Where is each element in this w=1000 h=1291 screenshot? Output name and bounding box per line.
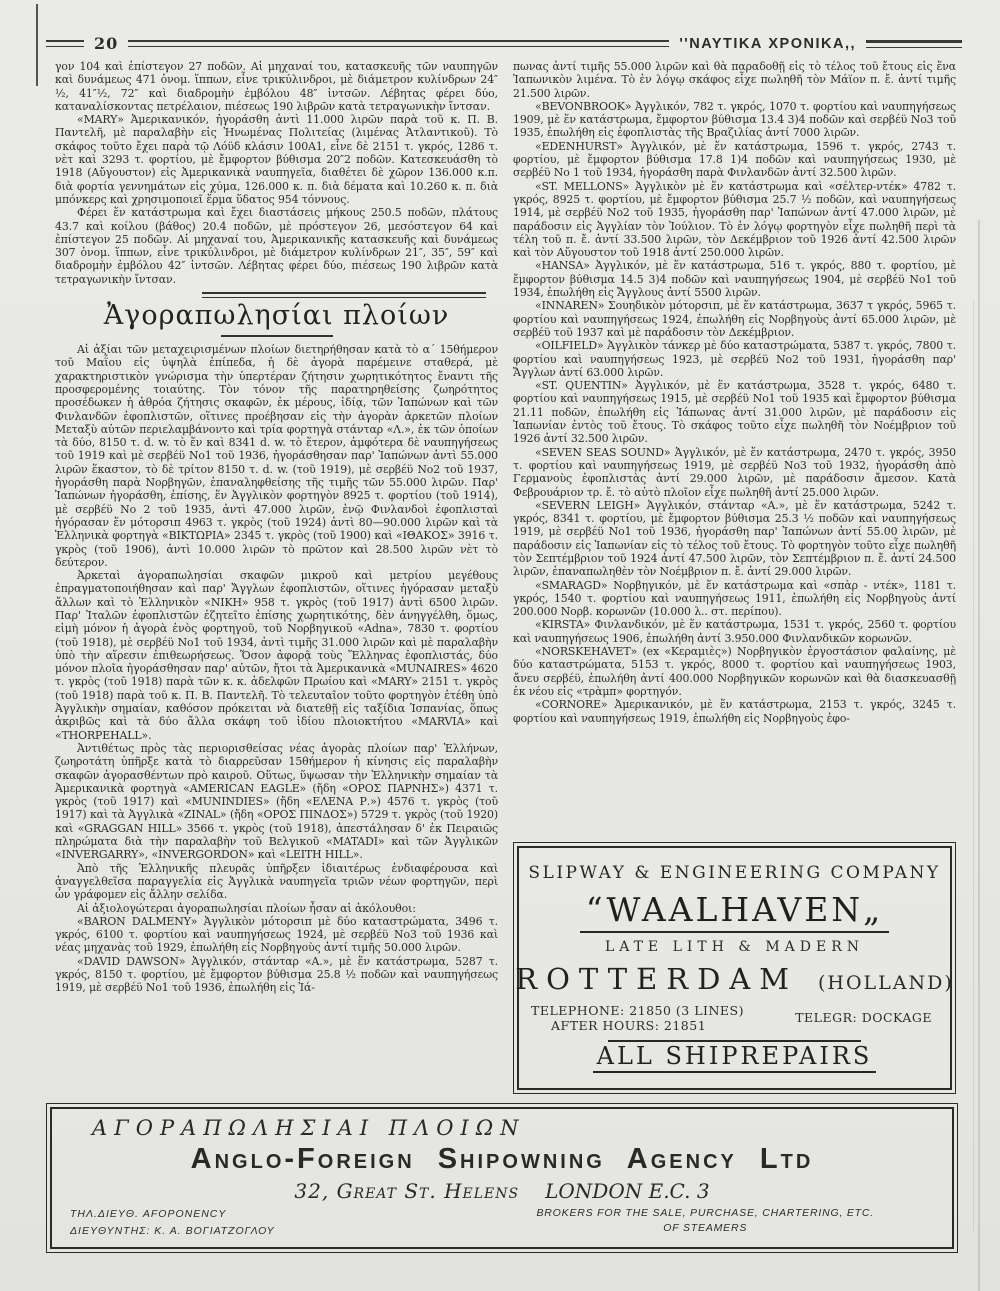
magazine-page: 20 ''ΝΑΥΤΙΚΑ ΧΡΟΝΙΚΑ,, γον 104 καὶ ἐπίστ… (0, 0, 1000, 1291)
paragraph: «MARY» Ἀμερικανικόν, ἠγοράσθη ἀντὶ 11.00… (55, 113, 498, 206)
ad-telegraph: TELEGR: DOCKAGE (795, 1010, 938, 1025)
paragraph: «INNAREN» Σουηδικὸν μότορσιπ, μὲ ἕν κατά… (513, 299, 956, 339)
ad-footer: ALL SHIPREPAIRS (593, 1042, 877, 1073)
ad-country: (HOLLAND) (818, 972, 954, 994)
headline-rule-above (202, 292, 486, 298)
paragraph: «BEVONBROOK» Ἀγγλικόν, 782 τ. γκρός, 107… (513, 100, 956, 140)
paragraph: «SEVERN LEIGH» Ἀγγλικόν, στάνταρ «Α.», μ… (513, 499, 956, 579)
page-header: 20 ''ΝΑΥΤΙΚΑ ΧΡΟΝΙΚΑ,, (46, 34, 962, 53)
paragraph: Αἱ ἀξιολογώτεραι ἀγοραπωλησίαι πλοίων ἦσ… (55, 902, 498, 915)
agency-footer-row: ΤΗΛ.ΔΙΕΥΘ. AFOPONENCY ΔΙΕΥΘΥΝΤΗΣ: Κ. Α. … (70, 1206, 934, 1240)
paragraph: «DAVID DAWSON» Ἀγγλικόν, στάνταρ «Α.», μ… (55, 955, 498, 995)
right-column-text: πωνας ἀντί τιμῆς 55.000 λιρῶν καὶ θὰ παρ… (513, 60, 956, 830)
paragraph: «SEVEN SEAS SOUND» Ἀγγλικόν, μὲ ἕν κατάσ… (513, 446, 956, 499)
scan-fold-line (978, 220, 980, 1291)
agency-name: Anglo-Foreign Shipowning Agency Ltd (70, 1143, 934, 1176)
agency-telegraph-address: ΤΗΛ.ΔΙΕΥΘ. AFOPONENCY (70, 1206, 275, 1223)
waalhaven-ad: SLIPWAY & ENGINEERING COMPANY “WAALHAVEN… (513, 842, 956, 1094)
paragraph: «NORSKEHAVET» (ex «Κεραμιὲς») Νορβηγικὸν… (513, 645, 956, 698)
agency-brokers-line1: BROKERS FOR THE SALE, PURCHASE, CHARTERI… (536, 1206, 874, 1221)
masthead-title: ''ΝΑΥΤΙΚΑ ΧΡΟΝΙΚΑ,, (679, 36, 856, 52)
ad-subtitle: LATE LITH & MADERN (605, 939, 864, 955)
agency-address: 32, Great St. Helens LONDON E.C. 3 (70, 1179, 934, 1203)
agency-heading-greek: ΑΓΟΡΑΠΩΛΗΣΙΑΙ ΠΛΟΙΩΝ (92, 1116, 934, 1140)
paragraph: «OILFIELD» Ἀγγλικὸν τάνκερ μὲ δύο καταστ… (513, 339, 956, 379)
left-column: γον 104 καὶ ἐπίστεγον 27 ποδῶν. Αἱ μηχαν… (55, 60, 498, 1101)
paragraph: Ἀπὸ τῆς Ἑλληνικῆς πλευρᾶς ὑπῆρξεν ἰδιαιτ… (55, 862, 498, 902)
agency-address-city: LONDON E.C. 3 (545, 1179, 709, 1203)
agency-director: ΔΙΕΥΘΥΝΤΗΣ: Κ. Α. ΒΟΓΙΑΤΖΟΓΛΟΥ (70, 1223, 275, 1240)
page-number: 20 (94, 34, 118, 53)
ad-city: ROTTERDAM (515, 962, 798, 996)
paragraph: «KIRSTA» Φινλανδικόν, μὲ ἕν κατάστρωμα, … (513, 618, 956, 645)
header-rule-left (46, 40, 84, 47)
ad-phone-block: TELEPHONE: 21850 (3 LINES) AFTER HOURS: … (531, 1003, 744, 1033)
ad-contact-row: TELEPHONE: 21850 (3 LINES) AFTER HOURS: … (531, 1003, 938, 1033)
article-headline: Ἀγοραπωλησίαι πλοίων (55, 301, 498, 331)
scan-fold-line-2 (973, 300, 974, 1231)
ad-telephone: TELEPHONE: 21850 (3 LINES) (531, 1003, 744, 1018)
paragraph: «ST. MELLONS» Ἀγγλικὸν μὲ ἕν κατάστρωμα … (513, 180, 956, 260)
agency-ad-frame: ΑΓΟΡΑΠΩΛΗΣΙΑΙ ΠΛΟΙΩΝ Anglo-Foreign Shipo… (50, 1107, 954, 1249)
ad-city-row: ROTTERDAM (HOLLAND) (515, 962, 954, 996)
header-rule-right (866, 40, 962, 48)
paragraph: «CORNORE» Ἀμερικανικόν, μὲ ἕν κατάστρωμα… (513, 698, 956, 725)
text-columns: γον 104 καὶ ἐπίστεγον 27 ποδῶν. Αἱ μηχαν… (55, 60, 956, 1101)
ad-footer-rule (608, 1040, 860, 1042)
paragraph: «ST. QUENTIN» Ἀγγλικόν, μὲ ἕν κατάστρωμα… (513, 379, 956, 445)
paragraph: «BARON DALMENY» Ἀγγλικὸν μότορσιπ μὲ δύο… (55, 915, 498, 955)
header-rule-center (128, 40, 669, 47)
ad-after-hours: AFTER HOURS: 21851 (531, 1018, 744, 1033)
ad-company-line: SLIPWAY & ENGINEERING COMPANY (528, 863, 940, 883)
paragraph: Ἀρκεταὶ ἀγοραπωλησίαι σκαφῶν μικροῦ καὶ … (55, 569, 498, 742)
waalhaven-ad-frame: SLIPWAY & ENGINEERING COMPANY “WAALHAVEN… (517, 846, 952, 1090)
paragraph: «EDENHURST» Ἀγγλικόν, μὲ ἕν κατάστρωμα, … (513, 140, 956, 180)
paragraph: «HANSA» Ἀγγλικόν, μὲ ἕν κατάστρωμα, 516 … (513, 259, 956, 299)
agency-contact-block: ΤΗΛ.ΔΙΕΥΘ. AFOPONENCY ΔΙΕΥΘΥΝΤΗΣ: Κ. Α. … (70, 1206, 275, 1240)
paragraph: Αἱ ἀξίαι τῶν μεταχειρισμένων πλοίων διετ… (55, 343, 498, 569)
agency-brokers-line2: OF STEAMERS (536, 1221, 874, 1236)
right-column: πωνας ἀντί τιμῆς 55.000 λιρῶν καὶ θὰ παρ… (513, 60, 956, 1101)
article-headline-block: Ἀγοραπωλησίαι πλοίων (55, 292, 498, 337)
paragraph: Ἀντιθέτως πρὸς τὰς περιορισθείσας νέας ἀ… (55, 742, 498, 862)
paragraph: Φέρει ἕν κατάστρωμα καὶ ἔχει διαστάσεις … (55, 206, 498, 286)
agency-ad: ΑΓΟΡΑΠΩΛΗΣΙΑΙ ΠΛΟΙΩΝ Anglo-Foreign Shipo… (46, 1103, 958, 1253)
headline-underline (221, 335, 333, 337)
ad-title: “WAALHAVEN„ (580, 890, 890, 933)
paragraph: «SMARAGD» Νορβηγικόν, μὲ ἕν κατάστρωμα κ… (513, 579, 956, 619)
paragraph: γον 104 καὶ ἐπίστεγον 27 ποδῶν. Αἱ μηχαν… (55, 60, 498, 113)
agency-brokers-block: BROKERS FOR THE SALE, PURCHASE, CHARTERI… (536, 1206, 934, 1236)
scan-edge-mark (36, 4, 38, 86)
agency-address-street: 32, Great St. Helens (294, 1179, 519, 1203)
paragraph: πωνας ἀντί τιμῆς 55.000 λιρῶν καὶ θὰ παρ… (513, 60, 956, 100)
